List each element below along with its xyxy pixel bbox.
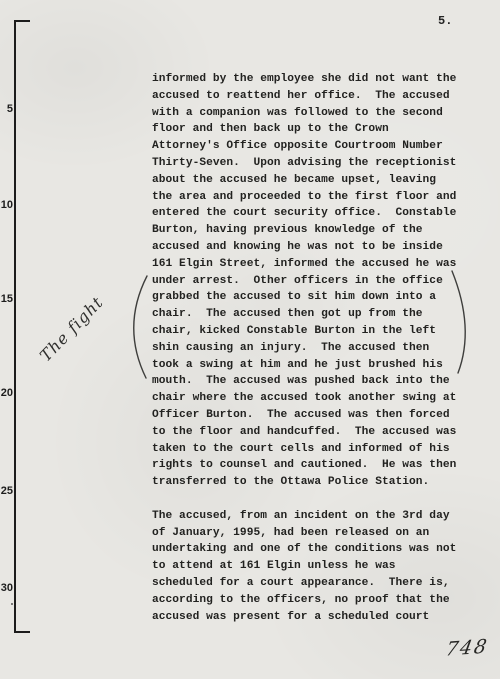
line-number-15: 15 [0,293,13,305]
scanned-document-page: 5. 5 10 15 20 25 30 informed by the empl… [0,0,500,679]
handwritten-exhibit-number: 748 [444,635,490,660]
page-number: 5. [438,14,452,28]
line-number-10: 10 [0,199,13,211]
line-number-25: 25 [0,485,13,497]
line-number-bracket [14,20,30,633]
handwritten-note: The fight [36,293,107,366]
line-number-5: 5 [0,103,13,115]
paragraph-2: The accused, from an incident on the 3rd… [152,508,472,626]
left-paren-mark [134,276,147,378]
typed-body-text: informed by the employee she did not wan… [152,71,472,625]
paragraph-1: informed by the employee she did not wan… [152,71,472,491]
scan-speck [11,603,13,605]
line-number-20: 20 [0,387,13,399]
line-number-30: 30 [0,582,13,594]
